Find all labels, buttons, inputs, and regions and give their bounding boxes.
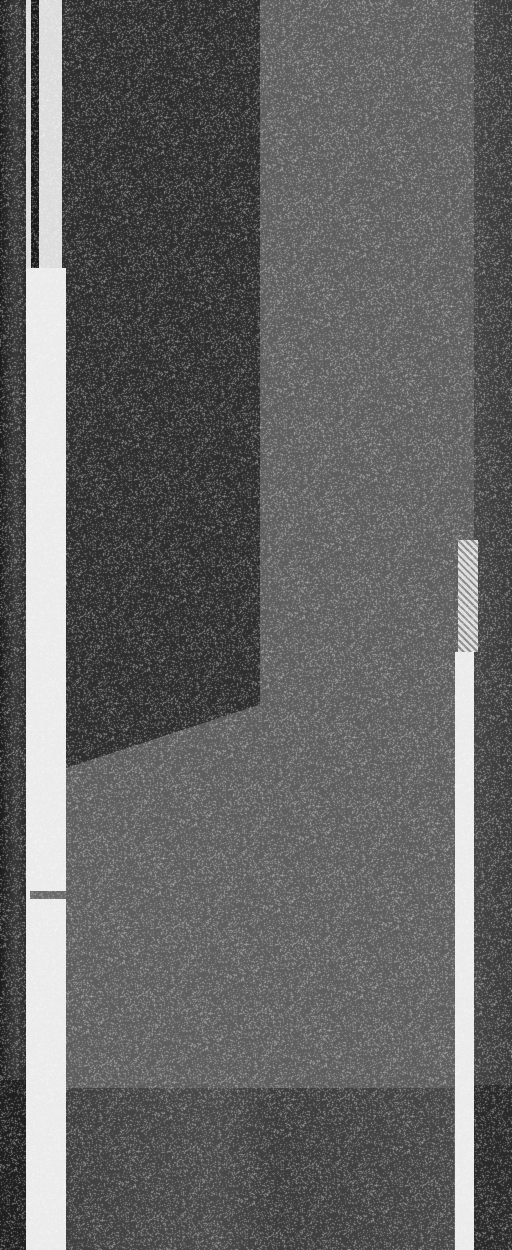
- bottom-left-shoulder: [0, 1080, 26, 1250]
- left-line-seam: [30, 891, 66, 899]
- bottom-right-shoulder: [472, 1085, 512, 1250]
- right-lane-line: [455, 652, 474, 1250]
- bottom-smooth-asphalt: [62, 1088, 454, 1250]
- road-right-edge: [474, 0, 512, 1250]
- road-surface-image: [0, 0, 512, 1250]
- right-line-textured-section: [458, 540, 478, 652]
- road-left-edge: [0, 0, 26, 1250]
- left-line-crack: [31, 0, 39, 268]
- shadow-region: [60, 0, 260, 770]
- left-edge-line: [26, 268, 66, 1250]
